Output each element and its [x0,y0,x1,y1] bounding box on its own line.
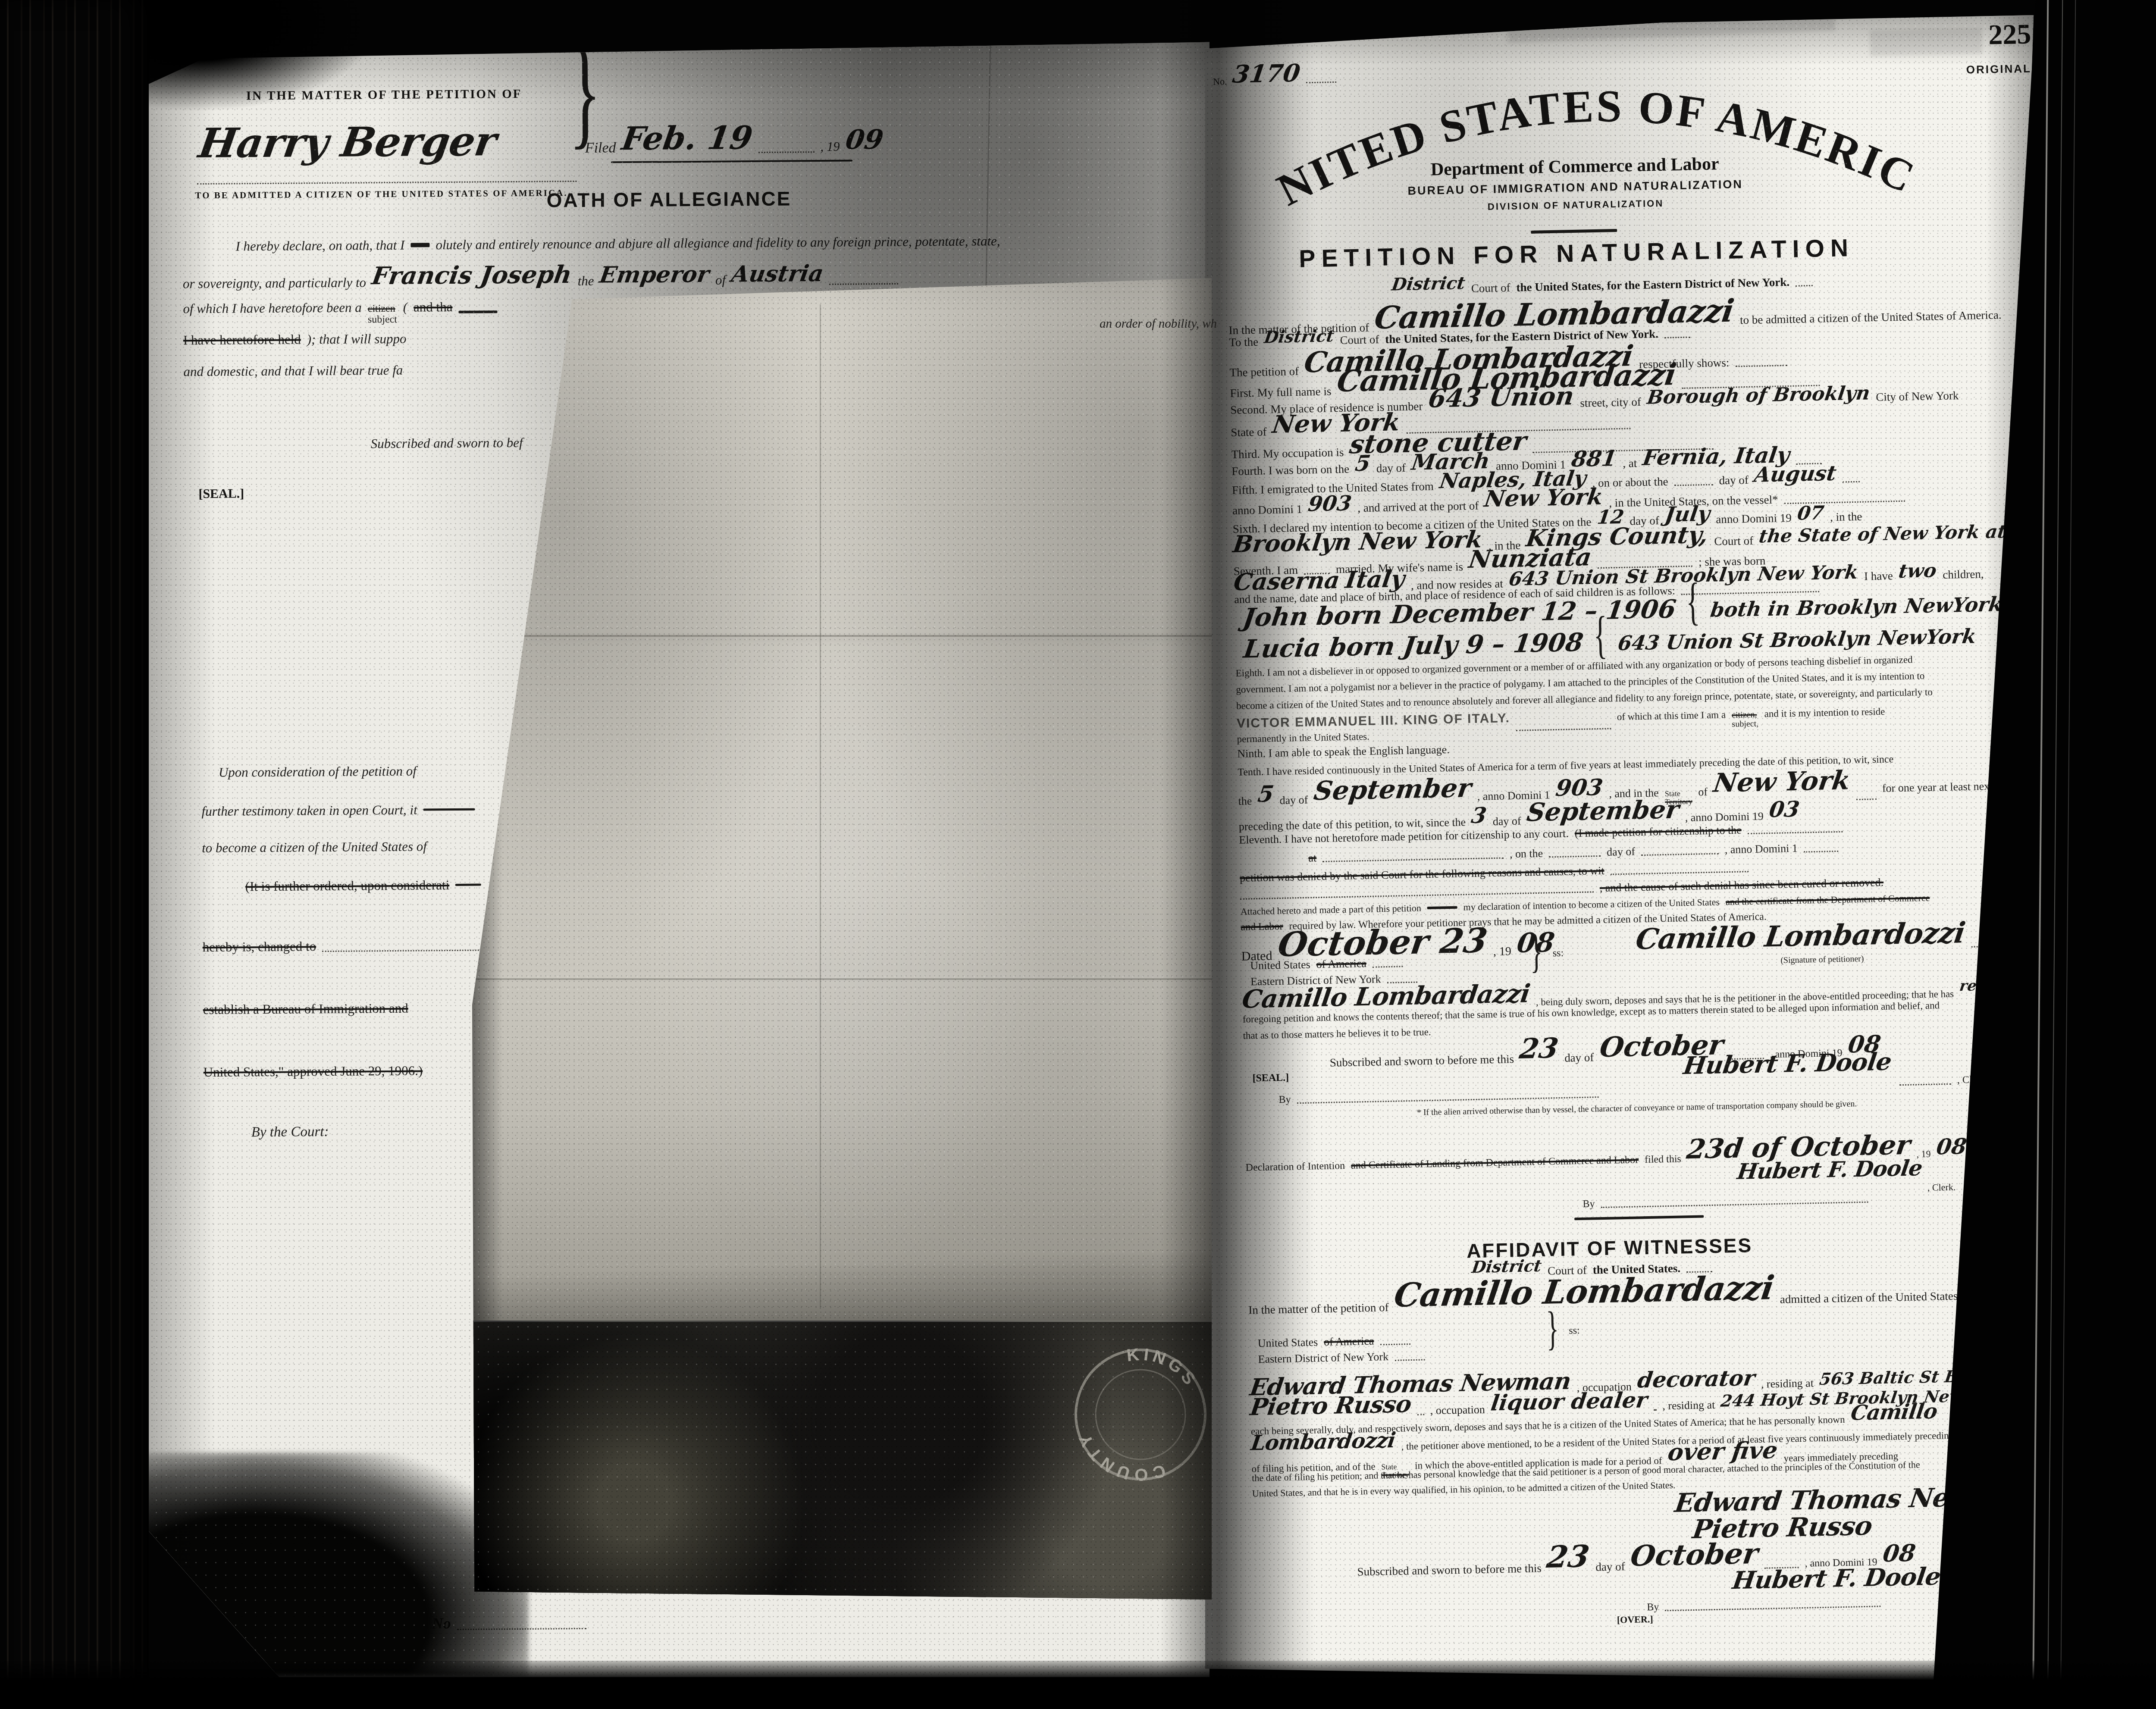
stacked-words: citizensubject [368,304,397,326]
faint-stamp-smudge [1870,28,1982,56]
form-line: , Clerk. [1927,1182,1956,1193]
struck-text: establish a Bureau of Immigration and [203,1001,408,1017]
dotted-rule [1665,1603,1880,1611]
form-line: to become a citizen of the United States… [202,839,427,855]
struck-text: hereby is, changed to [203,939,317,955]
printed-text: United States [1258,1336,1318,1350]
form-line: DistrictCourt ofthe United States, for t… [1391,269,1952,297]
handwritten-entry: August [1753,465,1837,484]
printed-text: of which at this time I am a [1617,709,1726,723]
printed-text: [SEAL.] [1252,1072,1289,1085]
handwritten-entry: Feb. 19 [620,125,754,153]
dotted-rule [1796,283,1813,287]
form-line [197,179,577,187]
printed-text: By [1583,1198,1595,1210]
form-line: By the Court: [251,1124,329,1141]
printed-text: ss: [1553,948,1564,960]
printed-text: and domestic, and that I will bear true … [183,363,403,379]
struck-text: and tha [414,299,453,315]
handwritten-entry: District [1471,1259,1542,1274]
ink-strike [611,160,852,163]
seal-ring-text-top: KINGS [1123,1331,1203,1403]
naturalization-record-book-scan: IN THE MATTER OF THE PETITION OFHarry Be… [0,0,2156,1709]
printed-text: Filed [585,139,616,157]
handwritten-entry: Lucia born July 9 – 1908 [1242,632,1585,660]
printed-text: or sovereignty, and particularly to [183,275,366,291]
dotted-rule [1322,855,1504,862]
struck-text: of America [1324,1335,1374,1349]
struck-text: petition was denied by the said Court fo… [1240,864,1604,885]
printed-text: that as to those matters he believes it … [1243,1027,1431,1042]
struck-text: at [1308,851,1316,864]
form-line: No.3170 [1213,64,1336,87]
rubber-stamp-text: VICTOR EMMANUEL III. KING OF ITALY. [1237,711,1510,731]
form-line: and domestic, and that I will bear true … [183,363,403,379]
dotted-rule [1417,1412,1424,1415]
form-line: further testimony taken in open Court, i… [201,802,475,819]
county-clerk-seal: KINGS COUNTY [1052,1326,1229,1503]
handwritten-entry: 643 Union [1427,385,1576,410]
handwritten-entry: Italy [1344,569,1406,590]
printed-text: United States [1250,958,1310,973]
handwritten-entry: 903 [1307,495,1353,513]
printed-text: the [577,273,594,289]
form-line: [OVER.] [1617,1614,1653,1625]
signature: Lombardozzi [1250,1432,1396,1452]
struck-text: and Certificate of Landing from Departme… [1351,1154,1639,1172]
handwritten-entry: District [1391,276,1466,292]
form-line: Hubert F. Doole [1683,1052,1891,1077]
brace: } [569,92,601,92]
handwritten-entry: 3 [1470,806,1488,825]
right-page-petition-for-naturalization: UNITED STATES OF AMERICA No.3170225ORIGI… [1205,15,2035,1692]
fold-crease [472,635,1212,637]
printed-text: Attached hereto and made a part of this … [1240,902,1421,917]
brace: { [1594,635,1608,635]
printed-text: Subscribed and sworn to before me this [1330,1052,1514,1070]
handwritten-entry: 03 [1768,800,1801,819]
printed-text: the United States, for the Eastern Distr… [1516,275,1789,294]
printed-text: Subscribed and sworn to bef [370,435,523,451]
struck-text: and the certificate from the Department … [1726,892,1930,908]
stacked-word: citizen [368,304,397,315]
page-stack-edge [2060,0,2076,1709]
struck-text: , and the cause of such denial has since… [1600,876,1884,895]
printed-text: By the Court: [251,1124,329,1141]
form-line: }ss: [1526,951,1564,969]
form-line: that as to those matters he believes it … [1243,1027,1431,1042]
handwritten-entry: Caserna [1232,570,1341,592]
printed-text: day of [1595,1560,1625,1574]
struck-text: United States," approved June 29, 1906.) [204,1063,423,1080]
printed-text: City of New York [1876,389,1959,404]
dotted-rule [1601,1199,1868,1208]
printed-text: street, city of [1580,395,1641,410]
form-line: OATH OF ALLEGIANCE [546,187,791,212]
printed-text: Ninth. I am able to speak the English la… [1237,743,1450,761]
printed-text: Subscribed and sworn to before me this [1357,1562,1542,1579]
handwritten-entry: over five [1667,1440,1779,1462]
dotted-rule [1654,1407,1657,1410]
form-line [1574,1215,1704,1220]
struck-text: of America [1316,957,1366,971]
printed-text: for one year at least next [1882,780,1993,795]
printed-text: my declaration of intention to become a … [1463,896,1720,912]
printed-text: , Clerk. [1927,1182,1956,1193]
printed-text: , in the [1830,510,1862,524]
handwritten-entry: District [1263,329,1335,344]
page-stack-edge [2032,0,2049,1709]
dotted-rule [197,179,577,185]
dotted-rule [1240,889,1594,900]
struck-text: and Labor [1241,921,1283,934]
seal-ring-text-bottom: COUNTY [1073,1413,1168,1499]
stacked-words: citizen,subject, [1732,711,1758,729]
signature: Pietro Russo [1249,1394,1413,1418]
handwritten-entry: New York [1483,488,1604,509]
printed-text: In the matter of the petition of [1248,1301,1389,1317]
signature: Hubert F. Doole [1682,1052,1893,1076]
form-line: United States, and that he is in every w… [1252,1480,1676,1499]
spacer [1561,953,1630,954]
signature: Camillo Lombardazzi [1393,1274,1776,1309]
dotted-rule [1549,853,1601,858]
ink-strike [423,808,475,811]
printed-text: and it is my intention to reside [1764,706,1885,720]
handwritten-entry: John born December 12 – 1906 [1242,598,1677,629]
form-line: Hubert F. Doole [1733,1567,1940,1591]
ink-strike [455,884,481,886]
heading-text: OATH OF ALLEGIANCE [546,187,791,212]
handwritten-entry: 903 [1554,778,1604,798]
printed-text: further testimony taken in open Court, i… [201,802,417,819]
printed-text: day of [1493,815,1521,828]
handwritten-entry: 23 [1545,1543,1591,1570]
handwritten-entry: both in Brooklyn NewYork and both reside… [1709,592,2035,619]
printed-text: Upon consideration of the petition of [219,764,417,780]
form-line: Ninth. I am able to speak the English la… [1237,743,1450,761]
dotted-rule [1373,964,1403,968]
printed-text: day of [1376,461,1406,475]
stacked-word: subject, [1732,720,1758,729]
dotted-rule [758,148,814,153]
form-line: Hubert F. Doole [1737,1159,1922,1181]
handwritten-entry: 23 [1518,1037,1560,1061]
ink-strike [411,243,429,247]
dotted-rule [1674,482,1713,486]
form-line: ORIGINAL [1966,63,2032,77]
printed-text: Declaration of Intention [1245,1160,1345,1174]
handwritten-entry: Francis Joseph [370,265,573,287]
handwritten-entry: Brooklyn New York [1232,529,1483,554]
brace: } [1546,1328,1559,1329]
form-line: TO BE ADMITTED A CITIZEN OF THE UNITED S… [195,188,567,200]
form-line: Eastern District of New York [1258,1347,1534,1366]
dotted-rule [1297,1094,1599,1104]
stacked-word: subject [368,314,397,326]
form-line: }ss: [1542,1328,1580,1346]
svg-text:KINGS: KINGS [1123,1331,1203,1403]
printed-text: , at [1623,457,1637,470]
dotted-rule [1804,848,1838,853]
form-line: By [1583,1192,1927,1211]
dotted-rule [1899,1081,1951,1086]
form-line: I hereby declare, on oath, that Iolutely… [235,232,1137,254]
printed-text: day of [1564,1051,1594,1064]
form-line: I have heretofore held); that I will sup… [183,331,407,348]
printed-text: to become a citizen of the United States… [202,839,427,855]
dotted-rule [1641,851,1719,856]
printed-text: anno Domini 1 [1232,503,1303,517]
form-line: permanently in the United States. [1237,731,1369,745]
handwritten-entry: 881 [1570,449,1618,469]
printed-text: , anno Domini 1 [1725,842,1798,856]
fold-crease [472,978,1212,980]
form-line: hereby is, changed to [203,937,508,955]
printed-text: , 19 [820,140,840,155]
printed-text: day of [1607,845,1635,858]
handwritten-entry: September [1312,777,1473,802]
printed-text: [SEAL.] [198,486,244,501]
printed-text: Fourth. I was born on the [1232,463,1350,479]
handwritten-entry: 5 [1257,785,1275,804]
printed-text: of [1698,786,1708,798]
printed-text: (Signature of petitioner) [1780,954,1864,966]
form-line: } [558,91,612,92]
ink-strike [1574,1215,1704,1220]
dotted-rule [1395,1357,1425,1361]
brace: { [1686,601,1700,601]
printed-text: By [1647,1602,1659,1614]
printed-text: olutely and entirely renounce and abjure… [436,233,1000,253]
printed-text: permanently in the United States. [1237,731,1369,745]
form-line: (It is further ordered, upon considerati [245,877,482,894]
dotted-rule [829,280,898,285]
page-stack-edge [2047,0,2063,1709]
handwritten-entry: 08 [1882,1543,1917,1564]
handwritten-entry: decorator [1636,1369,1756,1390]
svg-text:COUNTY: COUNTY [1073,1413,1168,1499]
printed-text: 225 [1988,18,2032,52]
form-line: Upon consideration of the petition of [219,764,417,780]
ink-strike [1427,906,1457,909]
form-line [1531,229,1617,234]
book-spine [0,0,149,1709]
handwritten-entry: New York [1712,770,1851,795]
brace: } [1530,951,1542,952]
form-line: [SEAL.] [1252,1072,1289,1085]
struck-text: (I made petition for citizenship to the [1575,823,1742,840]
printed-text: anno Domini 19 [1716,511,1792,526]
form-line: establish a Bureau of Immigration and [203,1001,408,1017]
form-line: Subscribed and sworn to bef [370,435,523,451]
form-line: FiledFeb. 19, 1909 [585,126,883,157]
signature: Hubert F. Doole [1731,1566,1942,1591]
printed-text: Court of [1471,281,1510,295]
dotted-rule [1611,869,1749,875]
form-line: of which I have heretofore been acitizen… [183,299,497,326]
bottom-shadow [0,1661,2156,1709]
struck-text: I have heretofore held [183,332,301,348]
folded-document-packet: KINGS COUNTY [472,278,1212,1599]
packet-dark-flap: KINGS COUNTY [472,1321,1212,1599]
fold-crease [820,304,821,1308]
printed-text: , anno Domini 19 [1685,810,1764,824]
dotted-rule [1681,588,1819,595]
printed-text: Eastern District of New York [1258,1350,1388,1366]
handwritten-entry: 3170 [1232,63,1301,85]
dotted-rule [1664,334,1690,338]
ink-strike [458,310,497,313]
printed-text: day of [1279,794,1308,807]
printed-text: the [1238,795,1252,808]
dotted-rule [1306,79,1336,83]
form-line: In the matter of the petition ofCamillo … [1248,1274,2003,1317]
signature: Camillo Lombardazzi [1241,983,1531,1010]
printed-text: By [1279,1094,1291,1106]
heading-text: ORIGINAL [1966,63,2032,77]
struck-text: (It is further ordered, upon considerati [245,877,450,894]
ink-stain [140,1453,528,1677]
printed-text: of [715,272,726,288]
dotted-rule [1748,829,1843,834]
printed-text: filed this [1645,1153,1681,1166]
handwritten-entry: 07 [1796,505,1825,522]
form-line: Harry Berger [199,125,495,161]
printed-text: United States, and that he is in every w… [1252,1480,1676,1499]
printed-text: , on the [1510,847,1543,861]
signature: Camillo Lombardozzi [1635,920,1967,952]
handwritten-entry: 643 Union St Brooklyn NewYork [1617,628,1977,652]
handwritten-entry: Borough of Brooklyn [1646,385,1871,406]
handwritten-entry: Emperor [599,265,711,285]
form-line: [SEAL.] [198,486,244,501]
handwritten-entry: two [1898,563,1938,579]
form-line [611,160,852,163]
printed-text: ss: [1569,1325,1580,1337]
handwritten-entry: Austria [730,264,825,284]
signature: Harry Berger [197,125,498,161]
handwritten-entry: 5 [1354,454,1372,473]
form-line: PETITION FOR NATURALIZATION [1305,234,1849,273]
printed-text: Court of [1714,534,1753,548]
signature: Camillo [1849,1403,1938,1422]
handwritten-entry: 08 [1935,1137,1968,1156]
signature: Hubert F. Doole [1736,1159,1923,1181]
handwritten-entry: 09 [844,128,884,151]
printed-text: I hereby declare, on oath, that I [235,238,404,254]
form-line: (Signature of petitioner) [1780,954,1864,966]
dotted-rule [1380,1341,1410,1346]
printed-text: day of [1719,473,1749,487]
printed-text: State of [1231,425,1267,439]
dotted-rule [1843,479,1860,482]
form-line: By [1279,1086,1667,1106]
form-line: United Statesof America [1258,1331,1534,1350]
handwritten-entry: October 23 [1276,926,1489,959]
printed-text: To the [1229,335,1258,349]
stacked-word: citizen, [1732,711,1758,720]
handwritten-entry: September [1526,799,1680,823]
handwritten-entry: liquor dealer [1490,1391,1649,1412]
form-line: By [1647,1596,1949,1614]
dotted-rule [1516,726,1611,731]
printed-text: ); that I will suppo [307,331,407,347]
printed-text: No. [1213,76,1227,87]
heading-text: PETITION FOR NATURALIZATION [1299,234,1855,273]
form-line: United States," approved June 29, 1906.) [204,1063,423,1080]
printed-text: [OVER.] [1617,1614,1653,1625]
right-page-content: UNITED STATES OF AMERICA No.3170225ORIGI… [1205,15,2035,1692]
printed-text: ( [403,300,408,315]
handwritten-entry: October [1629,1541,1760,1568]
printed-text: TO BE ADMITTED A CITIZEN OF THE UNITED S… [195,188,567,200]
printed-text: of which I have heretofore been a [183,300,362,316]
ink-strike [1531,229,1617,234]
form-line: 225 [1988,18,2032,52]
